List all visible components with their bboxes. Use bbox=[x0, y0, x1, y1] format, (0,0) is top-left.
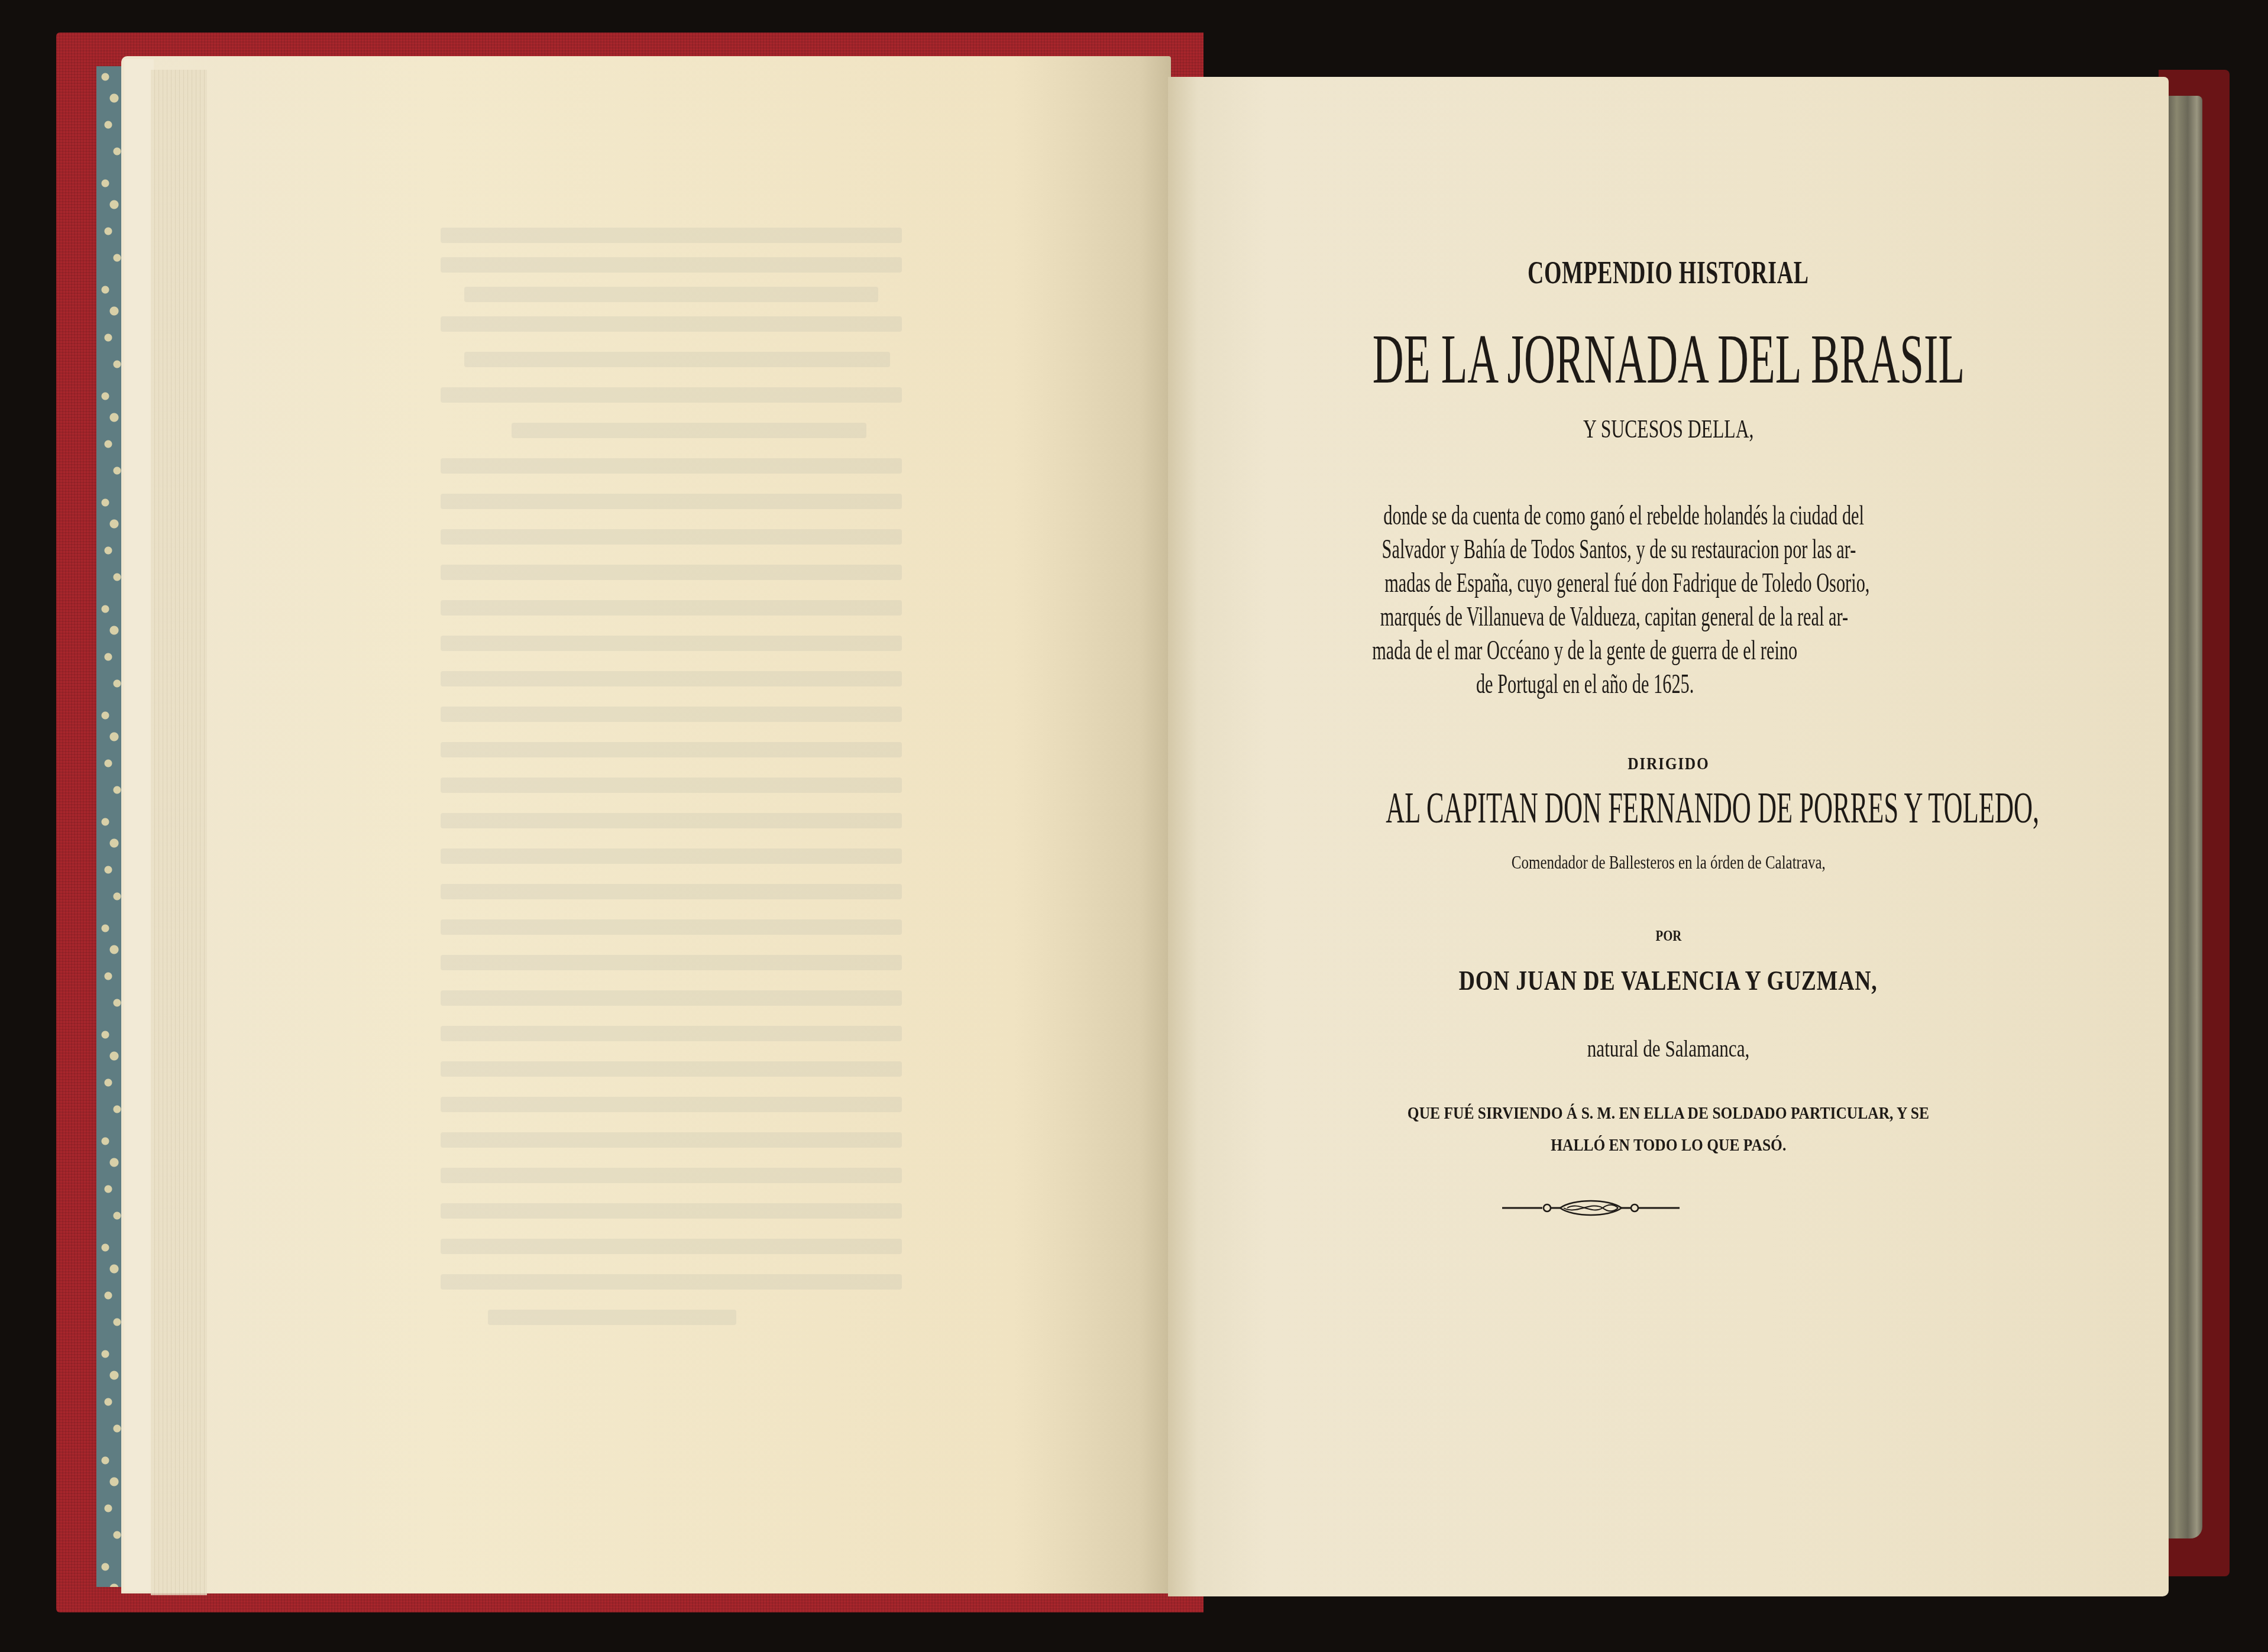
show-through-line bbox=[441, 387, 902, 403]
show-through-line bbox=[441, 955, 902, 970]
show-through-line bbox=[441, 1061, 902, 1077]
description-line: donde se da cuenta de como ganó el rebel… bbox=[1260, 500, 1910, 533]
author-origin: natural de Salamanca, bbox=[1168, 1035, 2169, 1063]
show-through-line bbox=[441, 813, 902, 828]
author-note-line: QUE FUÉ SIRVIENDO Á S. M. EN ELLA DE SOL… bbox=[1168, 1103, 2169, 1123]
description-line: Salvador y Bahía de Todos Santos, y de s… bbox=[1260, 533, 1910, 567]
description-line: marqués de Villanueva de Valdueza, capit… bbox=[1260, 601, 1910, 634]
show-through-line bbox=[464, 352, 890, 367]
por-label: POR bbox=[1168, 927, 2169, 945]
subtitle: Y SUCESOS DELLA, bbox=[1168, 414, 2169, 444]
show-through-line bbox=[441, 1274, 902, 1290]
show-through-line bbox=[441, 1097, 902, 1112]
author-note-line: HALLÓ EN TODO LO QUE PASÓ. bbox=[1168, 1135, 2169, 1155]
show-through-line bbox=[441, 884, 902, 899]
left-page bbox=[121, 56, 1171, 1593]
page-fore-edge bbox=[2166, 96, 2202, 1538]
main-title: DE LA JORNADA DEL BRASIL bbox=[1168, 319, 2169, 400]
dirigido-label: DIRIGIDO bbox=[1168, 754, 2169, 774]
show-through-line bbox=[441, 565, 902, 580]
show-through-line bbox=[441, 600, 902, 616]
show-through-line bbox=[441, 990, 902, 1006]
show-through-line bbox=[441, 1026, 902, 1041]
description-line: madas de España, cuyo general fué don Fa… bbox=[1260, 567, 1910, 601]
show-through-line bbox=[488, 1310, 736, 1325]
description-line: mada de el mar Occéano y de la gente de … bbox=[1260, 634, 1910, 668]
show-through-line bbox=[441, 458, 902, 474]
author-name: DON JUAN DE VALENCIA Y GUZMAN, bbox=[1168, 965, 2169, 996]
ornament-rule-icon bbox=[1502, 1197, 1680, 1219]
flyleaf bbox=[124, 59, 154, 1591]
show-through-line bbox=[441, 919, 902, 935]
show-through-line bbox=[441, 529, 902, 545]
show-through-line bbox=[441, 316, 902, 332]
show-through-line bbox=[441, 494, 902, 509]
show-through-line bbox=[441, 1168, 902, 1183]
title-page bbox=[1168, 77, 2169, 1596]
show-through-line bbox=[441, 848, 902, 864]
show-through-line bbox=[512, 423, 866, 438]
title-line-compendio: COMPENDIO HISTORIAL bbox=[1168, 254, 2169, 291]
description-paragraph: donde se da cuenta de como ganó el rebel… bbox=[1260, 500, 1910, 702]
description-line: de Portugal en el año de 1625. bbox=[1260, 668, 1910, 702]
show-through-line bbox=[441, 257, 902, 273]
show-through-line bbox=[441, 1239, 902, 1254]
show-through-line bbox=[441, 1203, 902, 1219]
dedicatee-name: AL CAPITAN DON FERNANDO DE PORRES Y TOLE… bbox=[1168, 783, 2169, 834]
dedicatee-title: Comendador de Ballesteros en la órden de… bbox=[1168, 851, 2169, 873]
show-through-line bbox=[441, 742, 902, 757]
show-through-line bbox=[464, 287, 878, 302]
show-through-line bbox=[441, 636, 902, 651]
show-through-line bbox=[441, 228, 902, 243]
show-through-line bbox=[441, 1132, 902, 1148]
show-through-line bbox=[441, 778, 902, 793]
show-through-line bbox=[441, 707, 902, 722]
page-stack-edge bbox=[151, 70, 207, 1595]
show-through-line bbox=[441, 671, 902, 686]
